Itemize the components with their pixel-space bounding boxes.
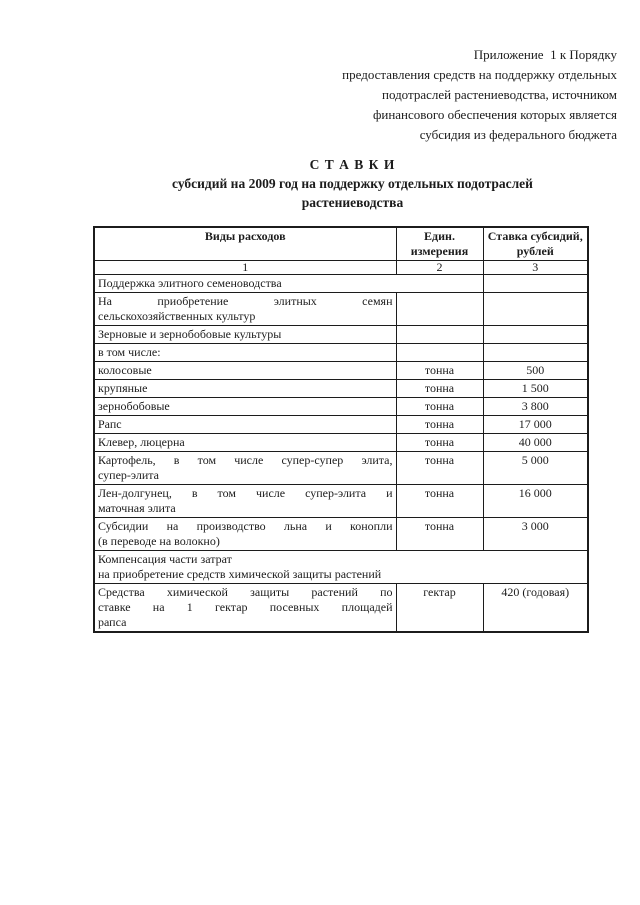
row-label-cell: в том числе: [94,344,396,362]
table-row: Рапс тонна 17 000 [94,416,588,434]
row-label-line: на приобретение средств химической защит… [98,567,584,582]
column-header-rate: Ставка субсидий, рублей [483,227,588,261]
row-unit-cell: гектар [396,584,483,633]
subsidy-rates-table: Виды расходов Един. измерения Ставка суб… [93,226,589,633]
row-label-cell: Компенсация части затрат на приобретение… [94,551,588,584]
row-label-cell: Рапс [94,416,396,434]
row-label-cell: Зерновые и зернобобовые культуры [94,326,396,344]
row-rate-cell [483,275,588,293]
column-number-1: 1 [94,261,396,275]
row-label-line: Средства химической защиты растений по [98,585,393,600]
row-rate-cell: 16 000 [483,485,588,518]
row-unit-cell: тонна [396,434,483,452]
row-rate-cell: 3 000 [483,518,588,551]
row-label-line: (в переводе на волокно) [98,534,393,549]
table-row: Лен-долгунец, в том числе супер-элита и … [94,485,588,518]
row-label-cell: На приобретение элитных семян сельскохоз… [94,293,396,326]
table-row: зернобобовые тонна 3 800 [94,398,588,416]
row-label-line: Картофель, в том числе супер-супер элита… [98,453,393,468]
column-number-2: 2 [396,261,483,275]
row-unit-cell [396,293,483,326]
table-row: крупяные тонна 1 500 [94,380,588,398]
row-label-line: супер-элита [98,468,393,483]
row-label-cell: Лен-долгунец, в том числе супер-элита и … [94,485,396,518]
column-header-expense-types: Виды расходов [94,227,396,261]
row-label-cell: Средства химической защиты растений по с… [94,584,396,633]
row-label-line: рапса [98,615,393,630]
row-label-cell: Картофель, в том числе супер-супер элита… [94,452,396,485]
table-row: Зерновые и зернобобовые культуры [94,326,588,344]
row-unit-cell: тонна [396,380,483,398]
row-rate-cell [483,326,588,344]
row-rate-cell: 420 (годовая) [483,584,588,633]
table-row: Поддержка элитного семеноводства [94,275,588,293]
row-label-cell: Субсидии на производство льна и конопли … [94,518,396,551]
row-unit-cell: тонна [396,452,483,485]
row-unit-cell: тонна [396,416,483,434]
row-unit-cell: тонна [396,398,483,416]
row-label-line: Субсидии на производство льна и конопли [98,519,393,534]
row-label-cell: зернобобовые [94,398,396,416]
row-label-line: На приобретение элитных семян [98,294,393,309]
table-row: колосовые тонна 500 [94,362,588,380]
table-row: Клевер, люцерна тонна 40 000 [94,434,588,452]
title-line-crop: растениеводства [100,193,605,212]
row-label-line: ставке на 1 гектар посевных площадей [98,600,393,615]
row-unit-cell [396,326,483,344]
column-header-unit: Един. измерения [396,227,483,261]
row-label-cell: Поддержка элитного семеноводства [94,275,483,293]
column-number-row: 1 2 3 [94,261,588,275]
table-row: Субсидии на производство льна и конопли … [94,518,588,551]
row-label-line: Компенсация части затрат [98,552,584,567]
table-header-row: Виды расходов Един. измерения Ставка суб… [94,227,588,261]
title-line-subsidies: субсидий на 2009 год на поддержку отдель… [100,174,605,193]
table-row: Средства химической защиты растений по с… [94,584,588,633]
row-rate-cell [483,344,588,362]
row-unit-cell: тонна [396,485,483,518]
row-rate-cell: 1 500 [483,380,588,398]
row-rate-cell: 3 800 [483,398,588,416]
table-row: На приобретение элитных семян сельскохоз… [94,293,588,326]
row-label-cell: Клевер, люцерна [94,434,396,452]
row-label-line: сельскохозяйственных культур [98,309,393,324]
document-page: Приложение 1 к Порядку предоставления ср… [0,0,640,905]
table-row: Компенсация части затрат на приобретение… [94,551,588,584]
appendix-note: Приложение 1 к Порядку предоставления ср… [0,0,640,145]
title-line-stavki: С Т А В К И [100,155,605,174]
row-rate-cell [483,293,588,326]
column-number-3: 3 [483,261,588,275]
table-row: в том числе: [94,344,588,362]
row-rate-cell: 5 000 [483,452,588,485]
table-row: Картофель, в том числе супер-супер элита… [94,452,588,485]
row-unit-cell: тонна [396,518,483,551]
row-rate-cell: 40 000 [483,434,588,452]
row-unit-cell: тонна [396,362,483,380]
document-title: С Т А В К И субсидий на 2009 год на подд… [100,155,605,212]
row-rate-cell: 500 [483,362,588,380]
row-label-line: Лен-долгунец, в том числе супер-элита и [98,486,393,501]
row-unit-cell [396,344,483,362]
row-label-line: маточная элита [98,501,393,516]
row-label-cell: колосовые [94,362,396,380]
row-label-cell: крупяные [94,380,396,398]
row-rate-cell: 17 000 [483,416,588,434]
